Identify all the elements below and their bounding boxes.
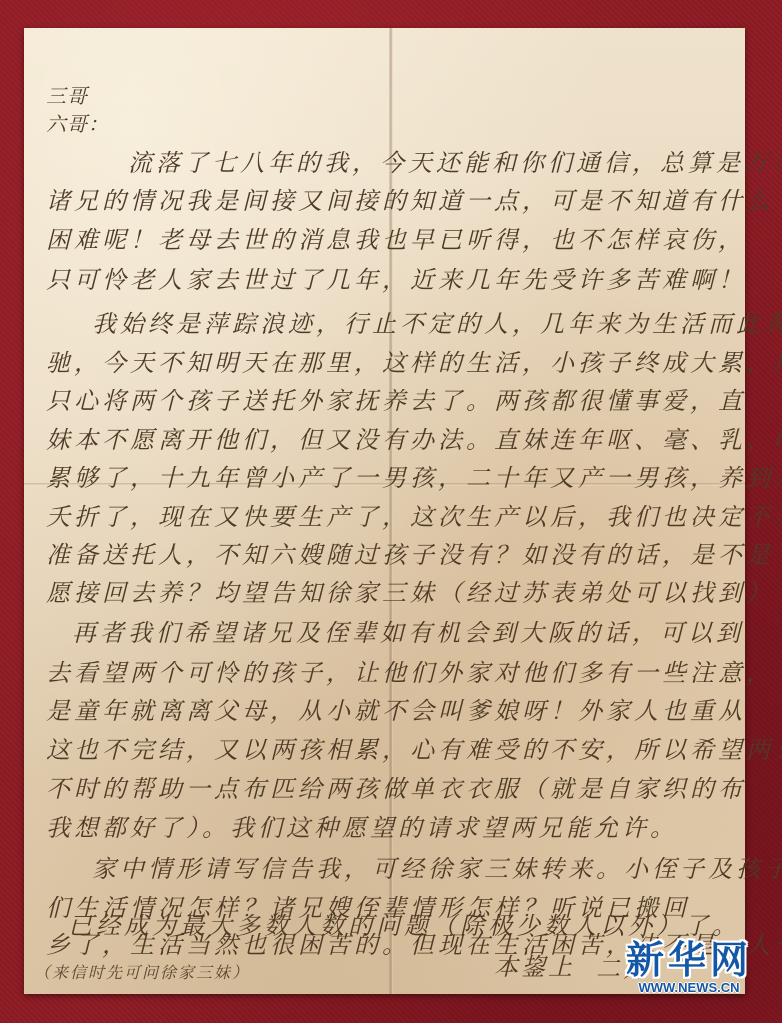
letter-line: 流落了七八年的我，今天还能和你们通信，总算是万幸了。 xyxy=(128,148,782,178)
letter-line: 准备送托人，不知六嫂随过孩子没有？如没有的话，是不是 xyxy=(46,540,774,570)
letter-line: 我始终是萍踪浪迹，行止不定的人，几年来为生活而此奔 xyxy=(92,309,782,339)
letter-line: 这也不完结，又以两孩相累，心有难受的不安，所以希望两兄偶 xyxy=(46,735,782,765)
letter-line: 只可怜老人家去世过了几年，近来几年先受许多苦难啊！ xyxy=(46,265,746,295)
salutation-line-1: 三哥 xyxy=(46,84,88,108)
letter-line: 诸兄的情况我是间接又间接的知道一点，可是不知道有什么 xyxy=(46,186,774,216)
salutation-line-2: 六哥： xyxy=(46,112,109,136)
letter-line: 去看望两个可怜的孩子，让他们外家对他们多有一些注意， xyxy=(46,658,774,688)
letter-line: 妹本不愿离开他们，但又没有办法。直妹连年呕、毫、乳、哺，也受 xyxy=(46,425,782,455)
letter-line: 愿接回去养？均望告知徐家三妹（经过苏表弟处可以找到） xyxy=(46,578,774,608)
footnote: （来信时先可问徐家三妹） xyxy=(34,958,250,988)
letter-line: 驰，今天不知明天在那里，这样的生活，小孩子终成大累，所以 xyxy=(46,348,782,378)
letter-line: 我想都好了）。我们这种愿望的请求望两兄能允许。 xyxy=(46,813,678,843)
letter-line: 夭折了，现在又快要生产了，这次生产以后，我们也决定不养， xyxy=(46,502,782,532)
letter-line: 再者我们希望诸兄及侄辈如有机会到大阪的话，可以到 xyxy=(72,618,744,648)
watermark-brand: 新华网 xyxy=(620,940,758,980)
letter-line: 家中情形请写信告我，可经徐家三妹转来。小侄子及孩子 xyxy=(92,854,782,884)
letter-line: 不时的帮助一点布匹给两孩做单衣衣服（就是自家织的布 xyxy=(46,774,746,804)
letter-line: 累够了，十九年曾小产了一男孩，二十年又产一男孩，养到八个月又 xyxy=(46,463,782,493)
letter-line: 已经成为最大多数人数的问题（除极少数人以外）了。 xyxy=(68,911,740,941)
xinhua-watermark: 新华网 WWW.NEWS.CN xyxy=(620,940,758,996)
watermark-url: WWW.NEWS.CN xyxy=(620,980,758,996)
letter-line: 困难呢！老母去世的消息我也早已听得，也不怎样哀伤， xyxy=(46,225,746,255)
letter-line: 只心将两个孩子送托外家抚养去了。两孩都很懂事爱，直 xyxy=(46,386,746,416)
letter-line: 是童年就离离父母，从小就不会叫爹娘呀！外家人也重从 xyxy=(46,696,746,726)
signature: 本鋆上 xyxy=(494,952,575,982)
letter-paper: 三哥 六哥： 流落了七八年的我，今天还能和你们通信，总算是万幸了。 诸兄的情况我… xyxy=(24,28,745,994)
